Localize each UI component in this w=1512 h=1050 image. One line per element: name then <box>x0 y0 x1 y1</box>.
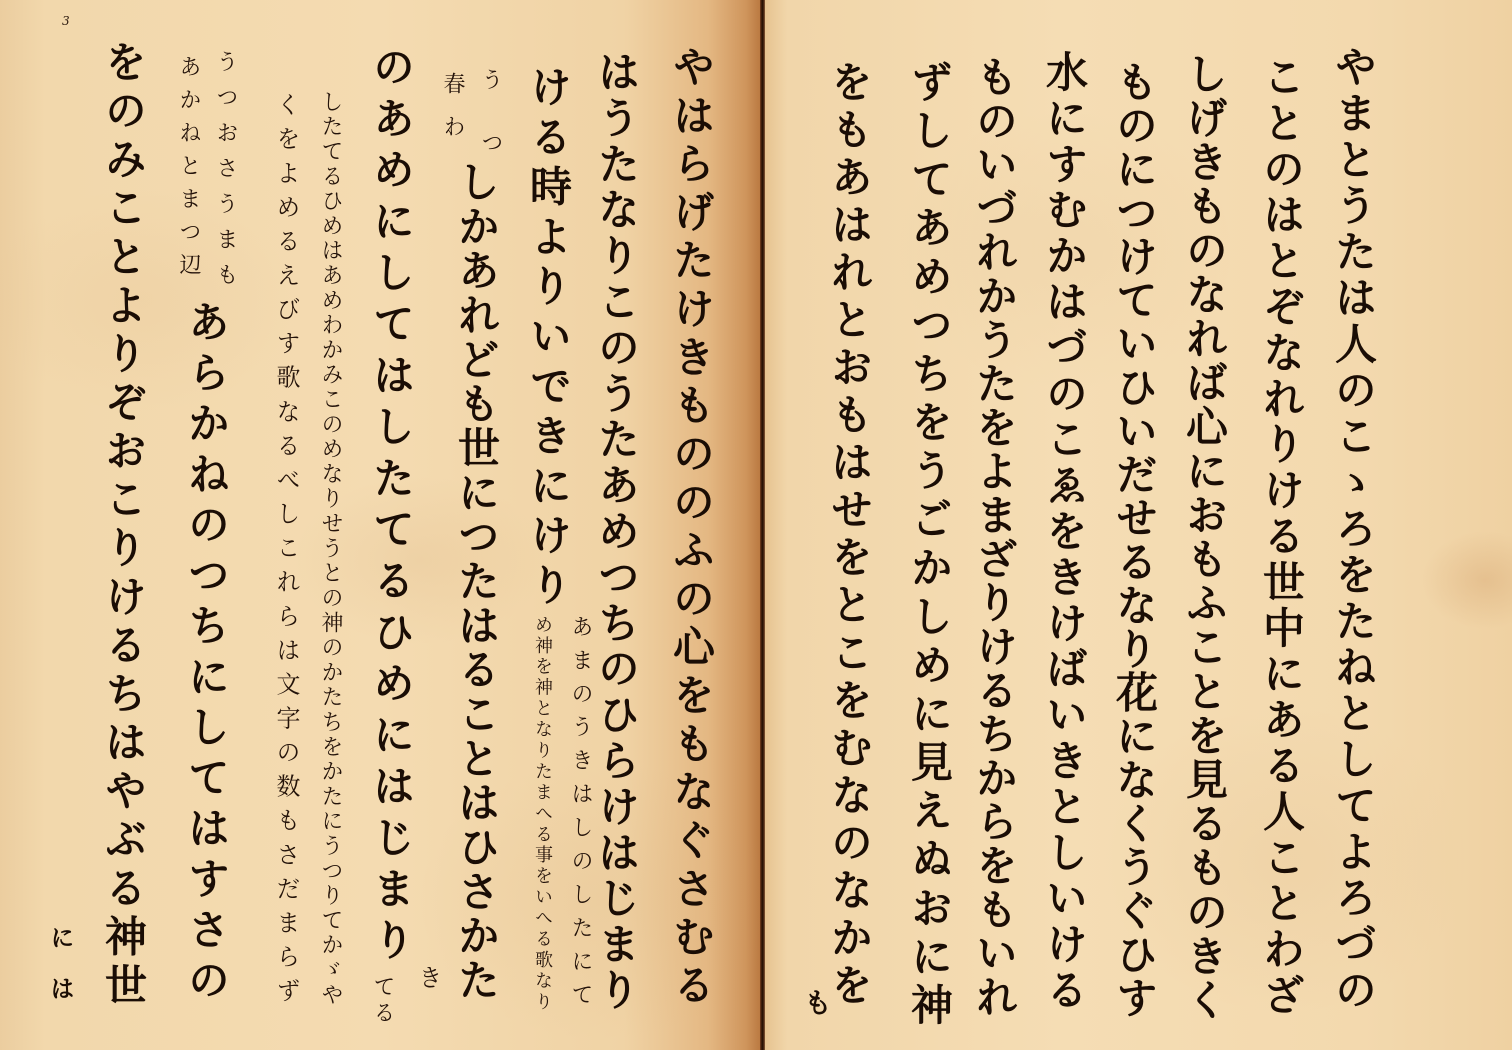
annotation-col7-top-right: うつおさうまも <box>212 50 238 285</box>
right-text-column-5: 水にすむかはづのこゑをきけばいきとしいける <box>1038 50 1088 1010</box>
page-number: 3 <box>62 14 70 28</box>
book-spread: 3 やはらげたけきもののふの心をもなぐさむる はうたなりこのうたあめつちのひらけ… <box>0 0 1512 1050</box>
left-text-column-2: はうたなりこのうたあめつちのひらけはじまり <box>590 50 640 1010</box>
annotation-col7-top-left: あかねとまつ辺 <box>175 55 201 275</box>
annotation-note-a: したてるひめはあめわかみこのめなりせうとの神のかたちをかたにうつりてかゞや <box>317 90 343 1005</box>
right-text-column-2: ことのはとぞなれりける世中にある人ことわざ <box>1255 55 1305 1015</box>
left-text-column-3: ける時よりいできにけり <box>522 65 572 605</box>
right-text-column-3: しげきものなれば心におもふことを見るものきく <box>1178 52 1228 1020</box>
annotation-col4-top-left: 春わ <box>439 72 465 137</box>
right-text-column-6: ものいづれかうたをよまざりけるちからをもいれ <box>968 55 1018 1017</box>
annotation-col5-bottom-right: き <box>413 965 441 1005</box>
annotation-col4-top-right: うつ <box>477 68 503 153</box>
left-text-column-5: のあめにしてはしたてるひめにはじまり <box>365 45 415 960</box>
left-page: 3 やはらげたけきもののふの心をもなぐさむる はうたなりこのうたあめつちのひらけ… <box>0 0 761 1050</box>
annotation-col5-bottom-left: てる <box>369 975 395 1023</box>
right-text-column-4: ものにつけていひいだせるなり花になくうぐひす <box>1108 60 1158 1018</box>
annotation-note-b: くをよめるえびす歌なるべしこれらは文字の数もさだまらず <box>271 92 299 1002</box>
left-catchword: には <box>46 925 74 1000</box>
right-text-column-7: ずしてあめつちをうごかしめに見えぬおに神 <box>903 60 953 1025</box>
left-text-column-4: しかあれども世につたはることはひさかた <box>450 160 500 1000</box>
left-text-column-6: あらかねのつちにしてはすさの <box>180 300 230 1000</box>
right-catchword: も <box>798 988 832 1028</box>
annotation-col3-right: あまのうきはしのしたにて <box>567 615 593 1005</box>
annotation-col3-left: め神を神となりたまへる事をいへる歌なり <box>530 615 552 1010</box>
left-text-column-1: やはらげたけきもののふの心をもなぐさむる <box>665 45 715 1005</box>
left-text-column-7: をのみことよりぞおこりけるちはやぶる神世 <box>97 40 147 1005</box>
right-page: やまとうたは人のこゝろをたねとしてよろづの ことのはとぞなれりける世中にある人こ… <box>765 0 1512 1050</box>
right-text-column-8: をもあはれとおもはせをとこをむなのなかを <box>823 60 873 1005</box>
right-text-column-1: やまとうたは人のこゝろをたねとしてよろづの <box>1327 45 1377 1010</box>
